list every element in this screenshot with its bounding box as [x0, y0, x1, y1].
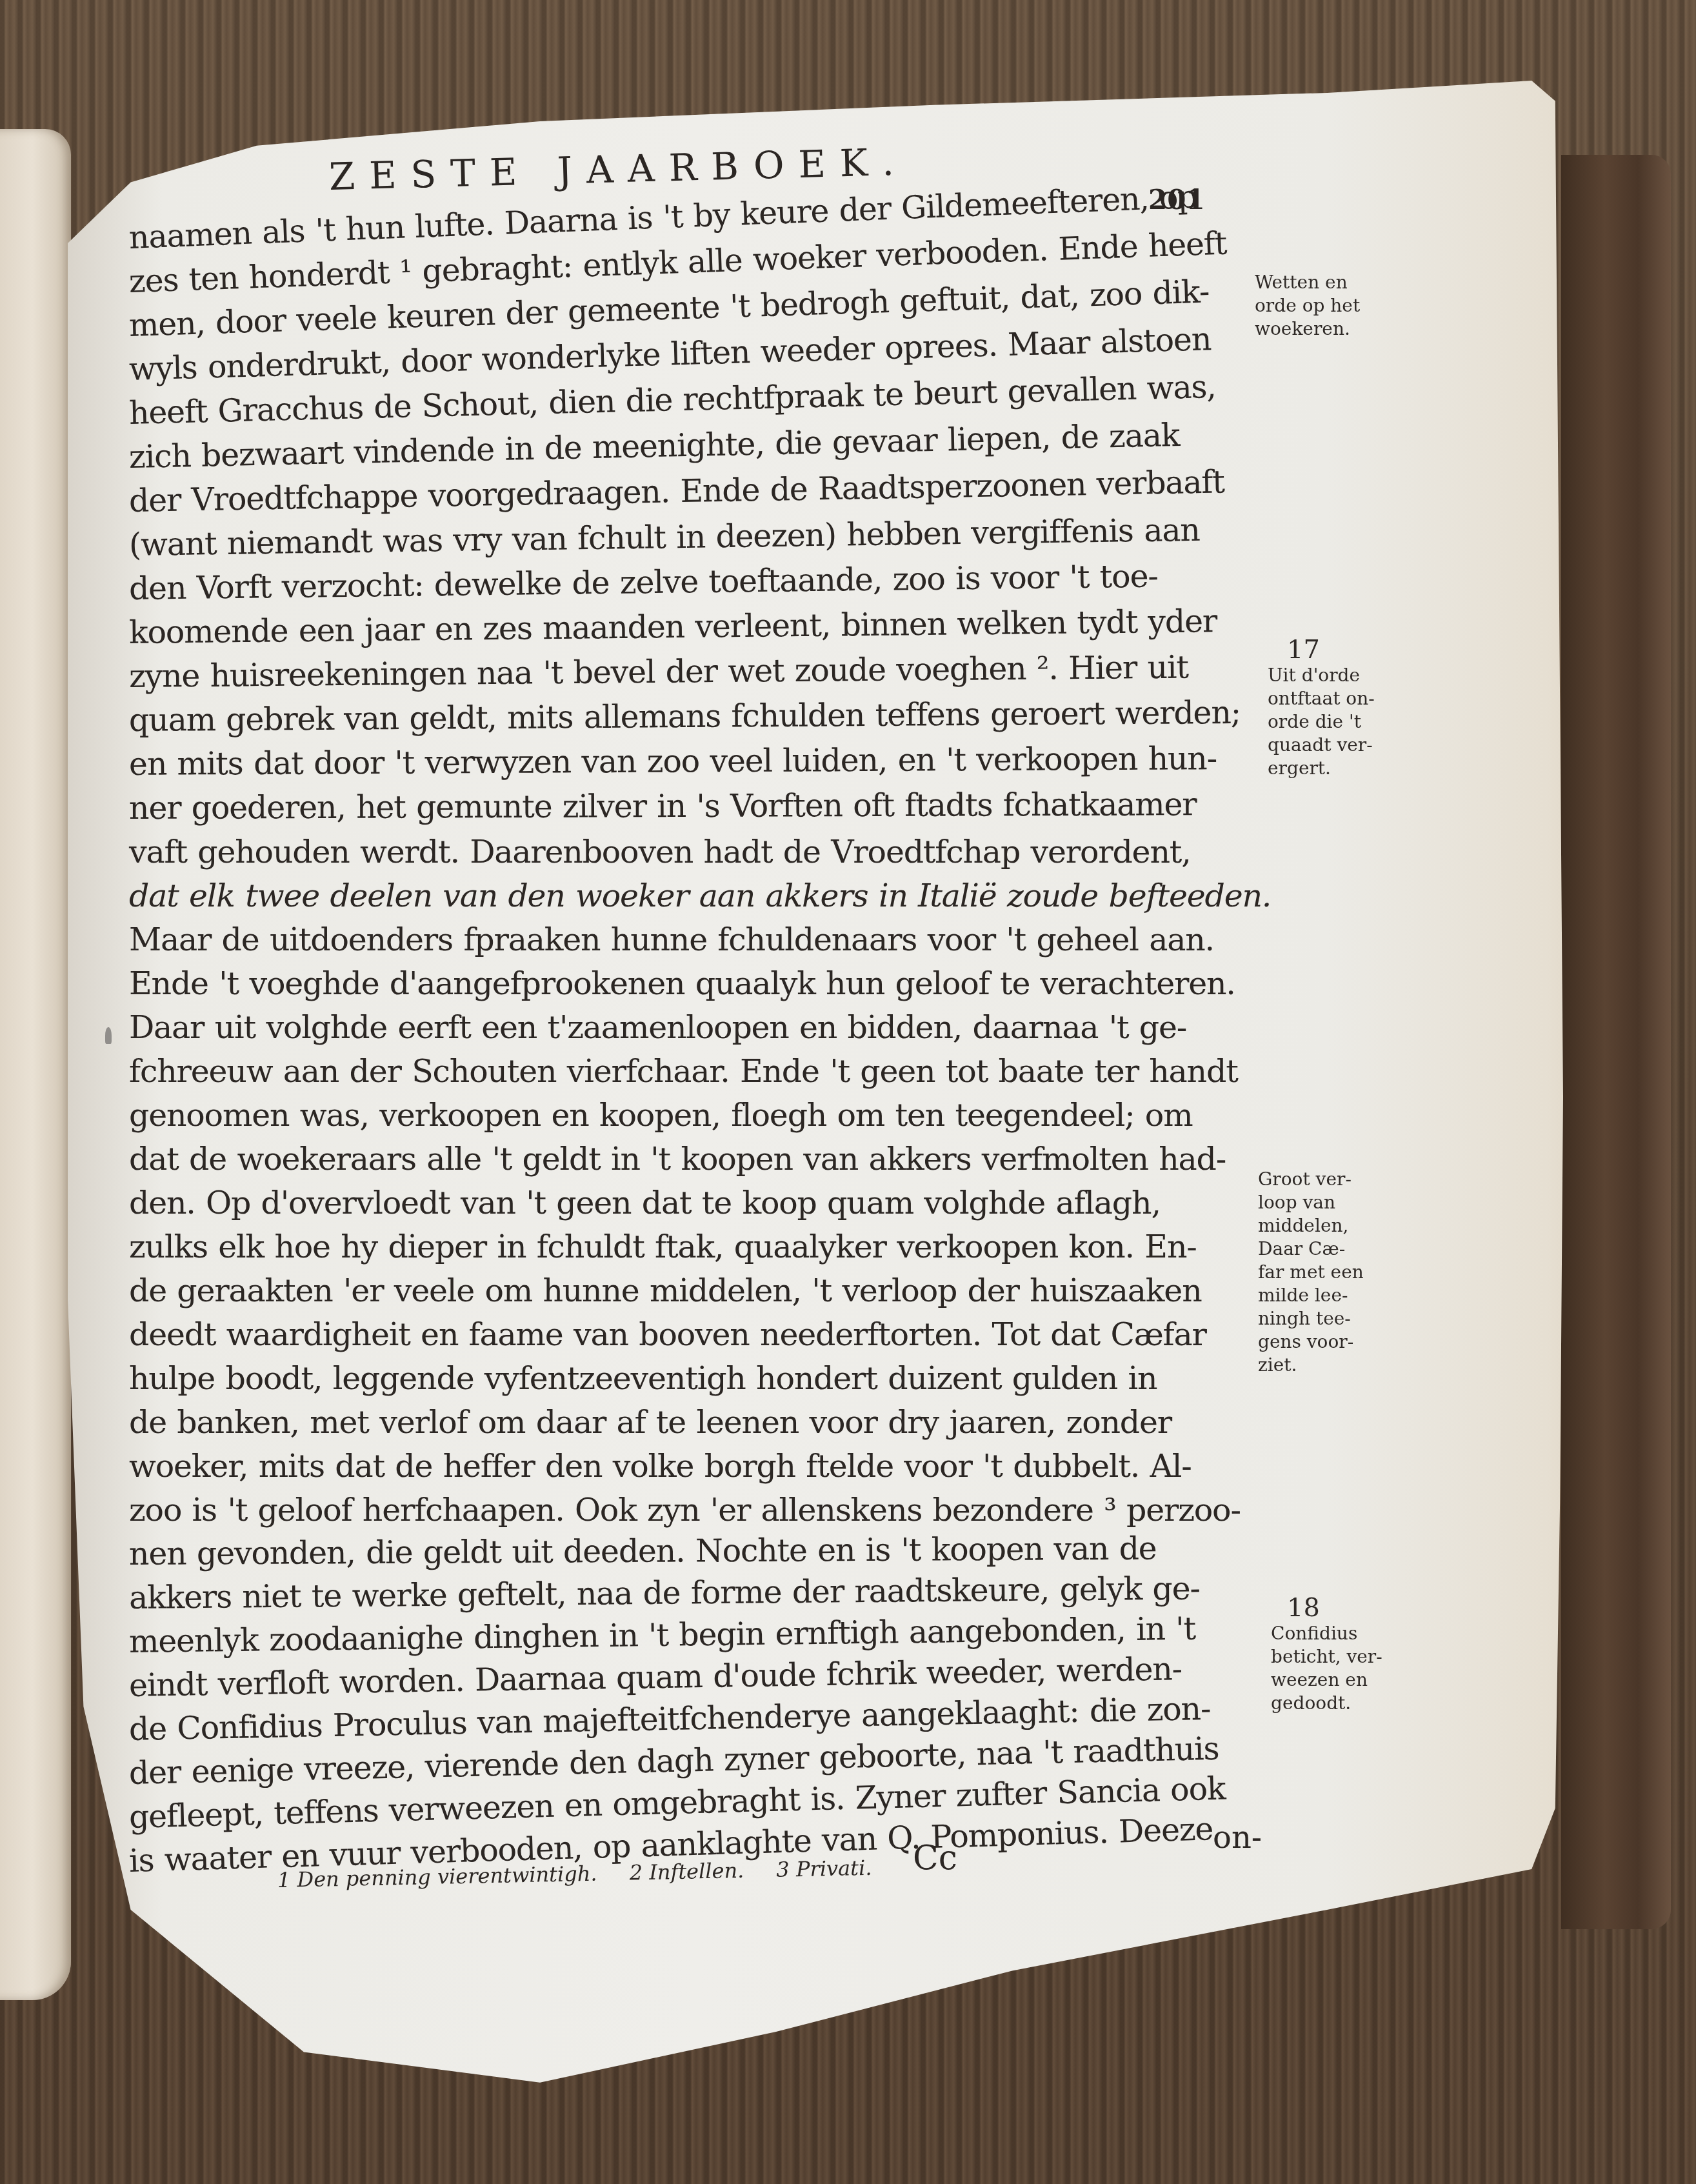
note-line: loop van — [1258, 1191, 1364, 1214]
margin-note-caesar: Groot ver- loop van middelen, Daar Cæ- f… — [1258, 1168, 1364, 1377]
note-line: woekeren. — [1255, 317, 1360, 341]
text-line: Daar uit volghde eerft een t'zaamenloope… — [129, 1006, 1239, 1050]
text-line: ner goederen, het gemunte zilver in 's V… — [129, 783, 1239, 830]
note-line: ningh tee- — [1258, 1307, 1364, 1330]
note-line: ziet. — [1258, 1354, 1364, 1377]
note-line: weezen en — [1271, 1668, 1382, 1692]
text-line: den. Op d'overvloedt van 't geen dat te … — [129, 1181, 1239, 1225]
pencil-mark — [105, 1027, 112, 1044]
text-line: quam gebrek van geldt, mits allemans fch… — [129, 691, 1239, 743]
signature-mark: Cc — [913, 1839, 957, 1878]
note-line: ontftaat on- — [1268, 687, 1375, 710]
note-line: Confidius — [1271, 1622, 1382, 1645]
note-line: gens voor- — [1258, 1330, 1364, 1354]
margin-note-usury-laws: Wetten en orde op het woekeren. — [1255, 271, 1360, 341]
note-line: orde op het — [1255, 294, 1360, 317]
body-text: naamen als 't hun lufte. Daarna is 't by… — [129, 216, 1239, 1883]
text-line: zyne huisreekeningen naa 't bevel der we… — [129, 645, 1239, 699]
text-line: zulks elk hoe hy dieper in fchuldt ftak,… — [129, 1225, 1239, 1269]
text-line: zoo is 't geloof herfchaapen. Ook zyn 'e… — [129, 1488, 1239, 1532]
note-line: Groot ver- — [1258, 1168, 1364, 1191]
text-line: Maar de uitdoenders fpraaken hunne fchul… — [129, 918, 1239, 962]
footnote-3: 3 Privati. — [776, 1856, 872, 1882]
note-line: beticht, ver- — [1271, 1645, 1382, 1668]
text-line: genoomen was, verkoopen en koopen, floeg… — [129, 1094, 1239, 1137]
text-line: vaft gehouden werdt. Daarenbooven hadt d… — [129, 830, 1239, 874]
note-line: middelen, — [1258, 1214, 1364, 1237]
text-line: Ende 't voeghde d'aangefprookenen quaaly… — [129, 962, 1239, 1006]
note-line: gedoodt. — [1271, 1692, 1382, 1715]
note-line: Daar Cæ- — [1258, 1237, 1364, 1261]
margin-note-section-17: 17 Uit d'orde ontftaat on- orde die 't q… — [1268, 636, 1375, 780]
text-line: hulpe boodt, leggende vyfentzeeventigh h… — [129, 1357, 1239, 1401]
note-line: quaadt ver- — [1268, 734, 1375, 757]
note-line: ergert. — [1268, 757, 1375, 780]
footnote-2: 2 Inftellen. — [629, 1858, 744, 1885]
page-content: ZESTE JAARBOEK. 201 naamen als 't hun lu… — [0, 0, 1696, 2184]
text-line: dat de woekeraars alle 't geldt in 't ko… — [129, 1137, 1239, 1181]
text-line: en mits dat door 't verwyzen van zoo vee… — [129, 737, 1239, 786]
text-line: de banken, met verlof om daar af te leen… — [129, 1401, 1239, 1445]
text-line: de geraakten 'er veele om hunne middelen… — [129, 1269, 1239, 1313]
note-line: milde lee- — [1258, 1284, 1364, 1307]
note-line: Wetten en — [1255, 271, 1360, 294]
note-line: far met een — [1258, 1261, 1364, 1284]
note-line: orde die 't — [1268, 710, 1375, 734]
catchword: on- — [1213, 1819, 1262, 1856]
margin-note-section-18: 18 Confidius beticht, ver- weezen en ged… — [1271, 1594, 1382, 1715]
text-line: woeker, mits dat de heffer den volke bor… — [129, 1445, 1239, 1488]
text-line-italic: dat elk twee deelen van den woeker aan a… — [129, 874, 1239, 918]
text-line: deedt waardigheit en faame van booven ne… — [129, 1313, 1239, 1357]
note-line: Uit d'orde — [1268, 664, 1375, 687]
text-line: fchreeuw aan der Schouten vierfchaar. En… — [129, 1050, 1239, 1094]
section-number: 18 — [1271, 1594, 1382, 1622]
section-number: 17 — [1268, 636, 1375, 664]
